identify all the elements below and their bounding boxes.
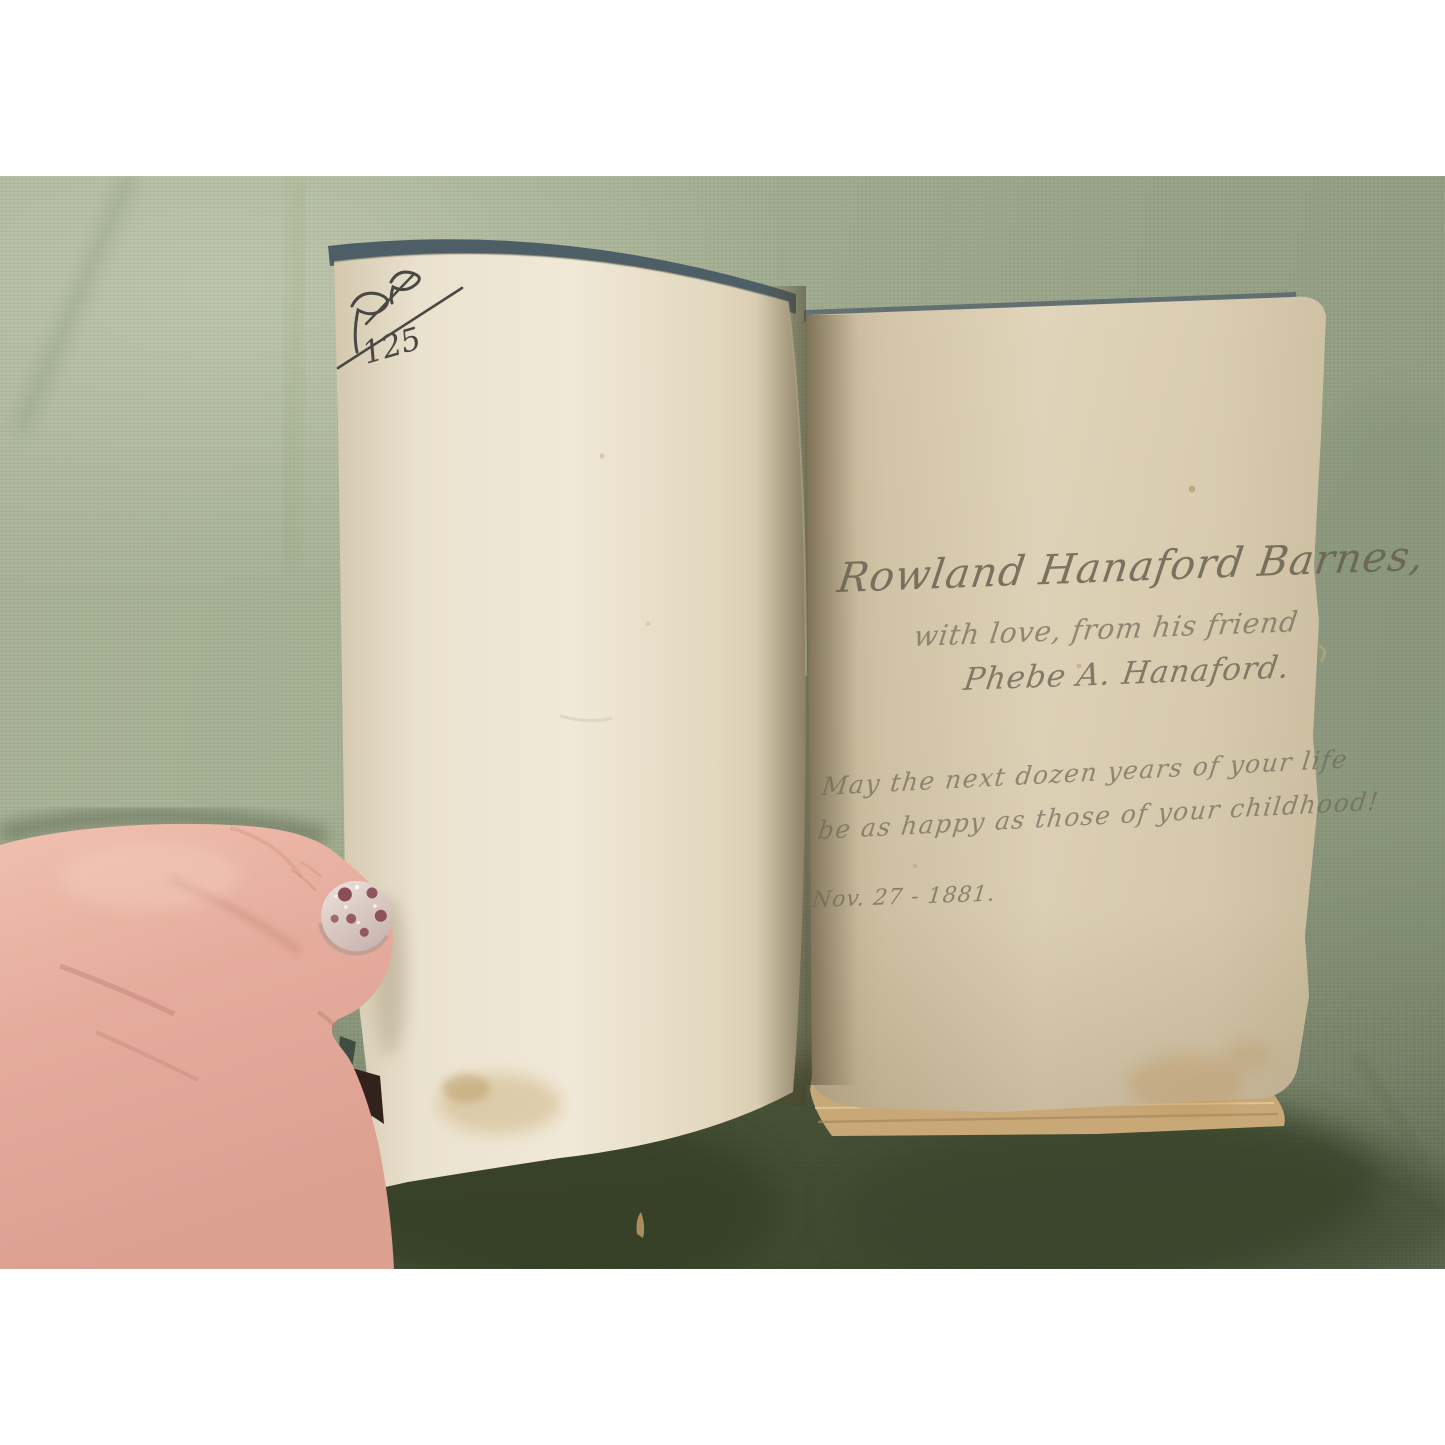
book-and-hand-scene: 125 <box>0 176 1445 1269</box>
left-page <box>334 254 806 1188</box>
photo-of-book: 125 <box>0 176 1445 1269</box>
right-page <box>806 297 1326 1114</box>
photo-bottom-margin <box>0 1269 1445 1445</box>
photo-top-margin <box>0 0 1445 176</box>
photo-frame: 125 <box>0 0 1445 1445</box>
